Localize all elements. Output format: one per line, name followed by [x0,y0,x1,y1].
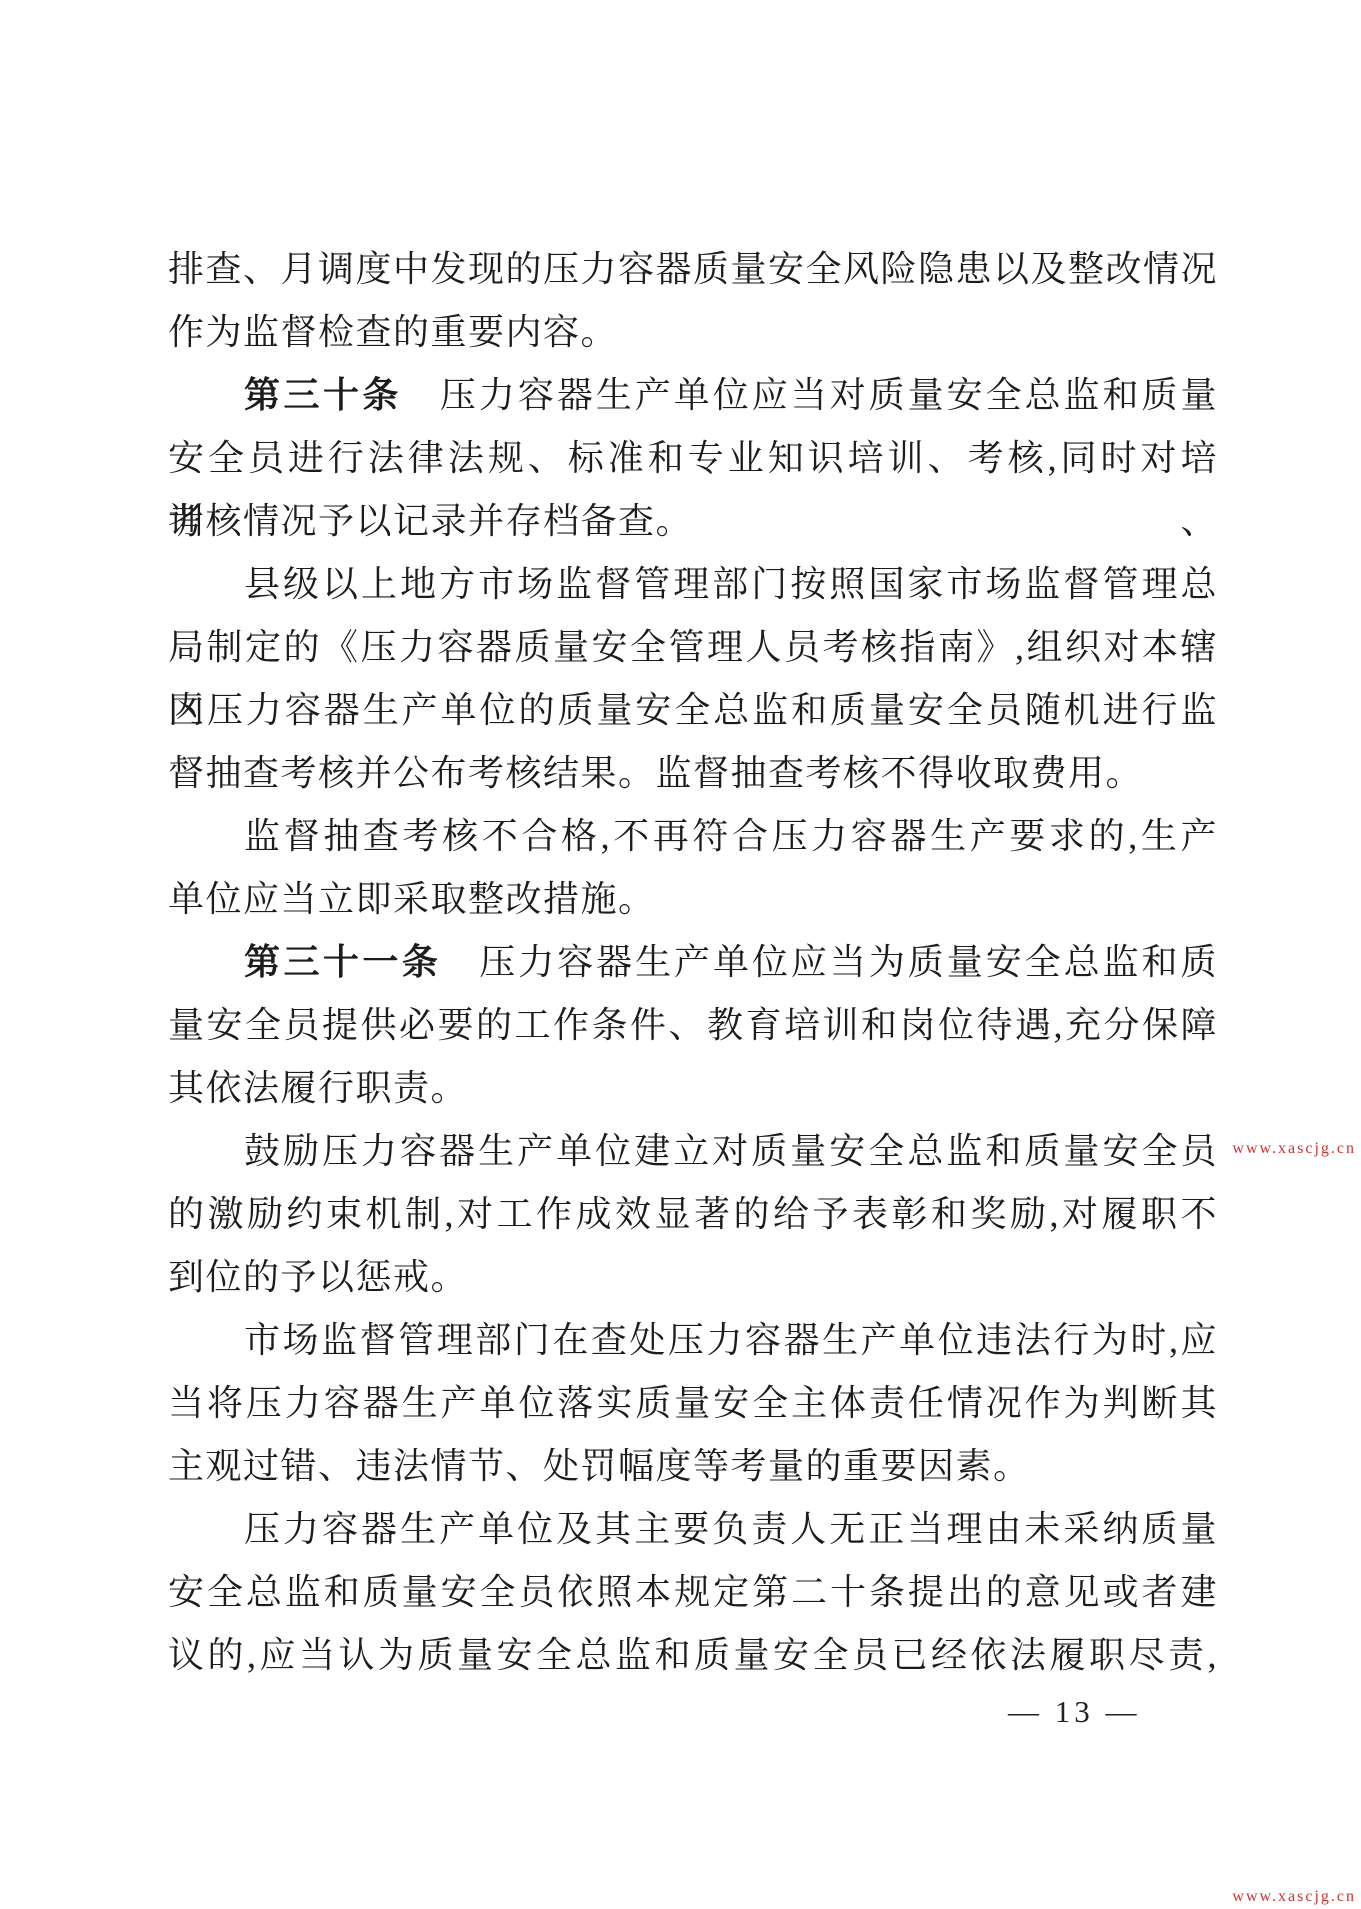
text-line: 内压力容器生产单位的质量安全总监和质量安全员随机进行监 [168,679,1218,742]
line-text: 压力容器生产单位应当对质量安全总监和质量 [440,375,1218,415]
text-line: 鼓励压力容器生产单位建立对质量安全总监和质量安全员 [168,1120,1218,1183]
line-text: 议的,应当认为质量安全总监和质量安全员已经依法履职尽责, [168,1635,1218,1675]
article-number-heading: 第三十一条 [244,942,441,982]
line-text: 的激励约束机制,对工作成效显著的给予表彰和奖励,对履职不 [168,1194,1218,1234]
line-text: 监督抽查考核不合格,不再符合压力容器生产要求的,生产 [244,816,1218,856]
text-line: 压力容器生产单位及其主要负责人无正当理由未采纳质量 [168,1498,1218,1561]
text-line: 排查、月调度中发现的压力容器质量安全风险隐患以及整改情况 [168,238,1218,301]
text-line: 议的,应当认为质量安全总监和质量安全员已经依法履职尽责, [168,1624,1218,1687]
line-text: 压力容器生产单位及其主要负责人无正当理由未采纳质量 [244,1509,1218,1549]
article-number-heading: 第三十条 [244,375,402,415]
line-text: 考核情况予以记录并存档备查。 [168,501,693,541]
line-text: 排查、月调度中发现的压力容器质量安全风险隐患以及整改情况 [168,249,1218,289]
line-text: 压力容器生产单位应当为质量安全总监和质 [479,942,1218,982]
text-line: 单位应当立即采取整改措施。 [168,868,1218,931]
text-line: 的激励约束机制,对工作成效显著的给予表彰和奖励,对履职不 [168,1183,1218,1246]
line-text: 单位应当立即采取整改措施。 [168,879,656,919]
watermark-bottom-right: www.xascjg.cn [1232,1888,1356,1906]
line-text: 其依法履行职责。 [168,1068,468,1108]
text-line: 局制定的《压力容器质量安全管理人员考核指南》,组织对本辖区 [168,616,1218,679]
line-text: 市场监督管理部门在查处压力容器生产单位违法行为时,应 [244,1320,1218,1360]
text-line: 第三十条压力容器生产单位应当对质量安全总监和质量 [168,364,1218,427]
text-line: 安全总监和质量安全员依照本规定第二十条提出的意见或者建 [168,1561,1218,1624]
line-text: 作为监督检查的重要内容。 [168,312,618,352]
document-page: 排查、月调度中发现的压力容器质量安全风险隐患以及整改情况作为监督检查的重要内容。… [0,0,1361,1909]
line-text: 督抽查考核并公布考核结果。监督抽查考核不得收取费用。 [168,753,1143,793]
line-text: 主观过错、违法情节、处罚幅度等考量的重要因素。 [168,1446,1031,1486]
line-text: 鼓励压力容器生产单位建立对质量安全总监和质量安全员 [244,1131,1218,1171]
text-line: 督抽查考核并公布考核结果。监督抽查考核不得收取费用。 [168,742,1218,805]
watermark-mid-right: www.xascjg.cn [1232,1140,1356,1158]
text-line: 其依法履行职责。 [168,1057,1218,1120]
text-line: 主观过错、违法情节、处罚幅度等考量的重要因素。 [168,1435,1218,1498]
page-number: — 13 — [1008,1692,1141,1732]
text-line: 作为监督检查的重要内容。 [168,301,1218,364]
text-line: 监督抽查考核不合格,不再符合压力容器生产要求的,生产 [168,805,1218,868]
line-text: 当将压力容器生产单位落实质量安全主体责任情况作为判断其 [168,1383,1218,1423]
line-text: 量安全员提供必要的工作条件、教育培训和岗位待遇,充分保障 [168,1005,1218,1045]
text-line: 市场监督管理部门在查处压力容器生产单位违法行为时,应 [168,1309,1218,1372]
line-text: 到位的予以惩戒。 [168,1257,468,1297]
line-text: 县级以上地方市场监督管理部门按照国家市场监督管理总 [244,564,1218,604]
text-line: 第三十一条压力容器生产单位应当为质量安全总监和质 [168,931,1218,994]
text-line: 到位的予以惩戒。 [168,1246,1218,1309]
text-line: 县级以上地方市场监督管理部门按照国家市场监督管理总 [168,553,1218,616]
document-body: 排查、月调度中发现的压力容器质量安全风险隐患以及整改情况作为监督检查的重要内容。… [168,238,1218,1687]
line-text: 内压力容器生产单位的质量安全总监和质量安全员随机进行监 [168,690,1218,730]
text-line: 当将压力容器生产单位落实质量安全主体责任情况作为判断其 [168,1372,1218,1435]
text-line: 安全员进行法律法规、标准和专业知识培训、考核,同时对培训、 [168,427,1218,490]
line-text: 安全总监和质量安全员依照本规定第二十条提出的意见或者建 [168,1572,1218,1612]
text-line: 量安全员提供必要的工作条件、教育培训和岗位待遇,充分保障 [168,994,1218,1057]
